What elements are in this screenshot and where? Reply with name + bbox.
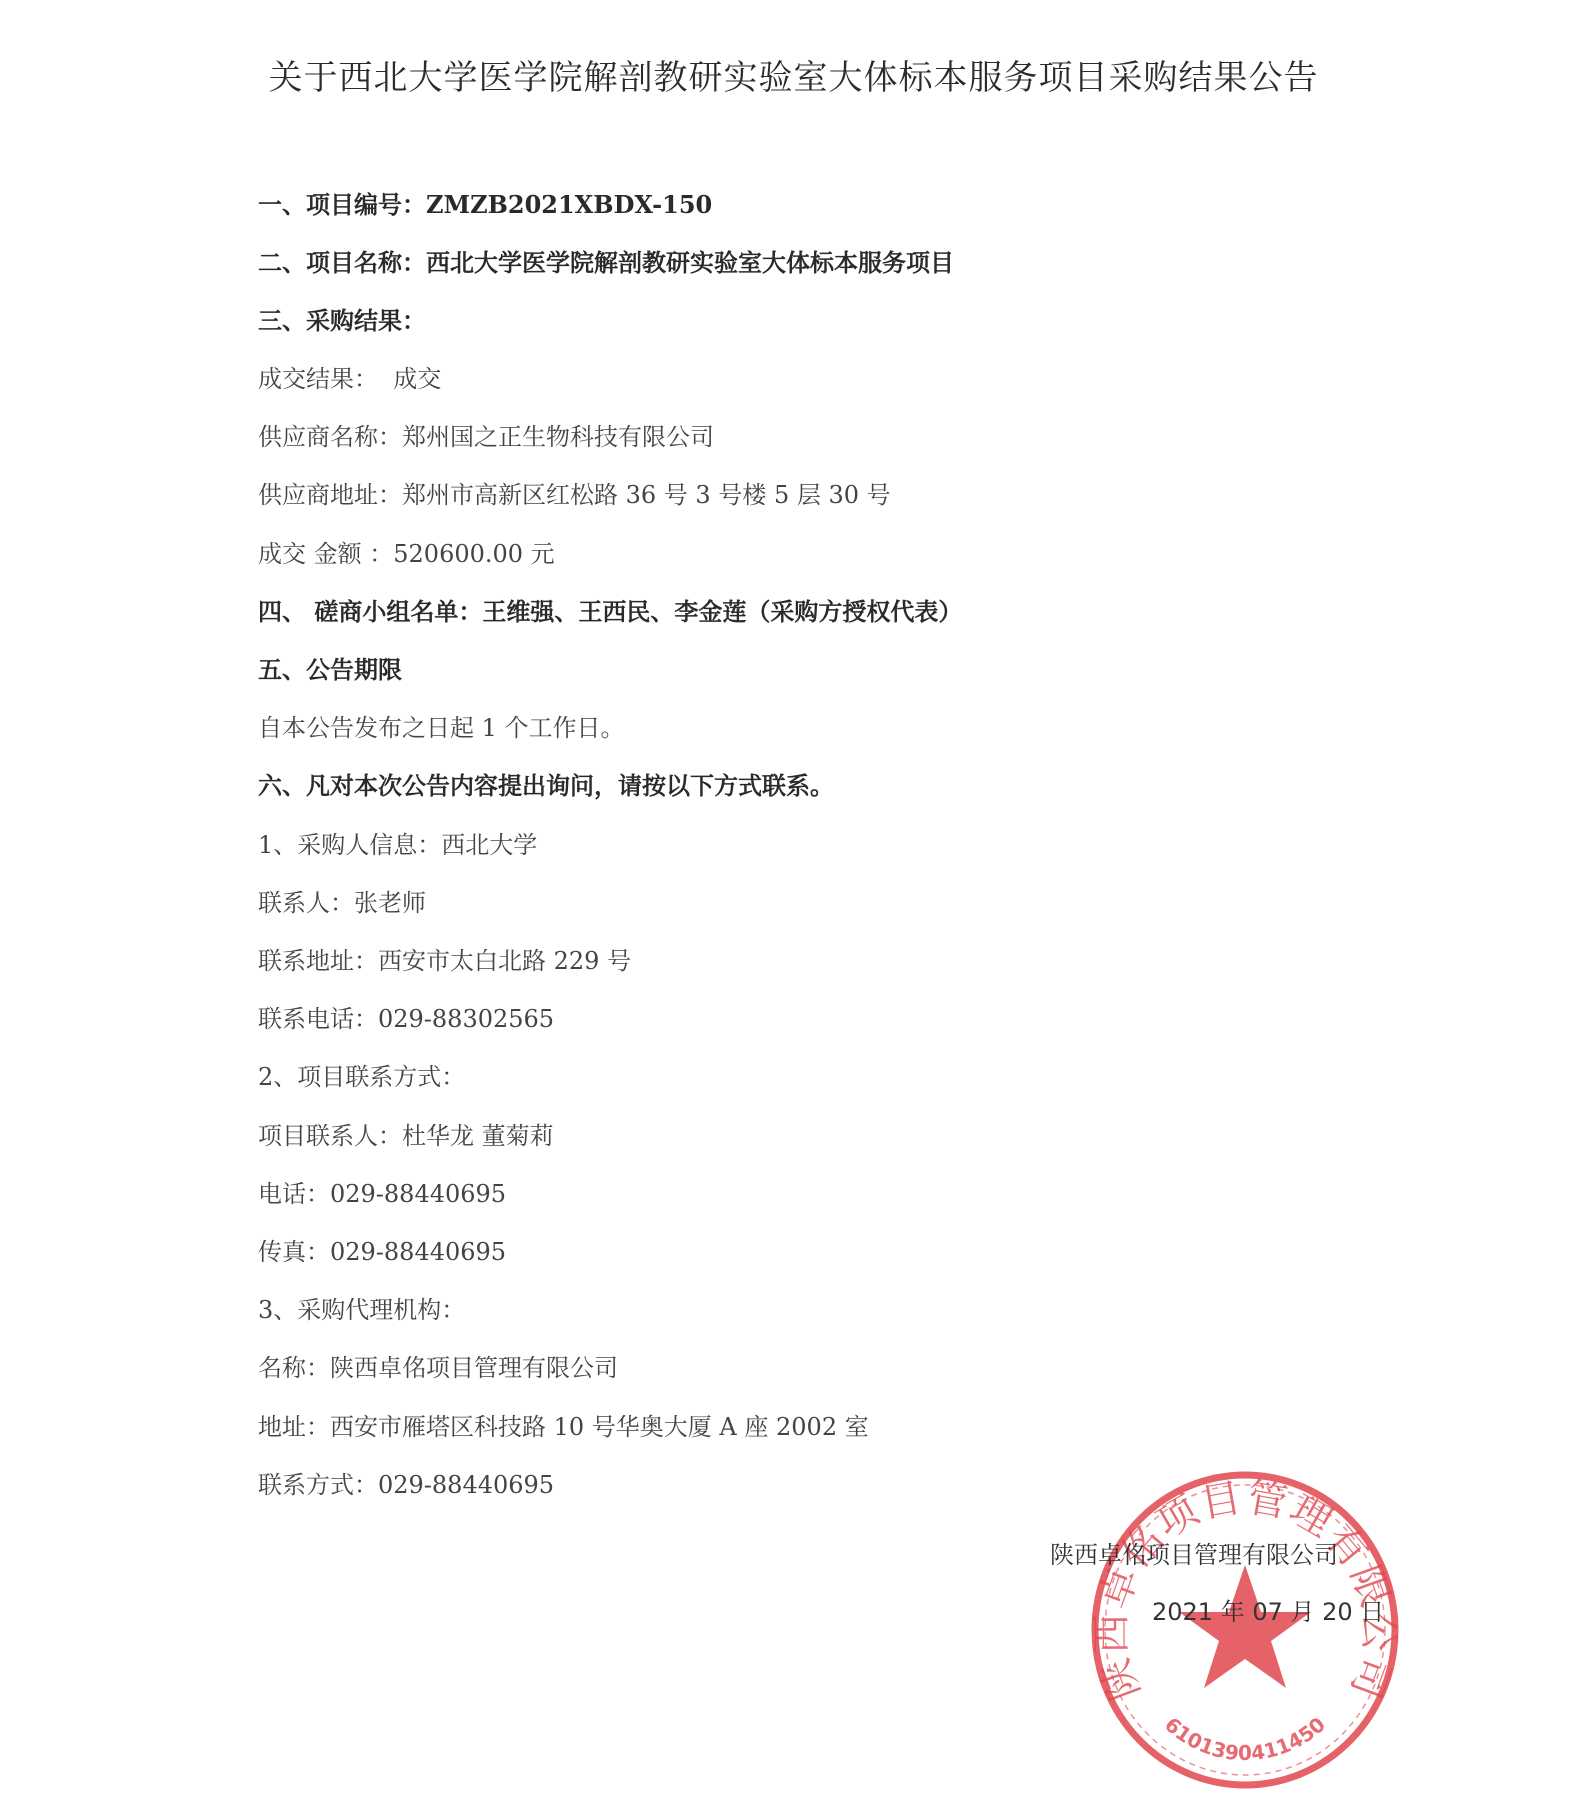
deal-result: 成交结果： 成交 [258, 364, 441, 394]
purchaser-info: 1、采购人信息：西北大学 [258, 830, 537, 860]
deal-amount: 成交 金额 ：520600.00 元 [258, 539, 555, 569]
supplier-address: 供应商地址：郑州市高新区红松路 36 号 3 号楼 5 层 30 号 [258, 480, 891, 510]
project-contact-heading: 2、项目联系方式： [258, 1062, 465, 1092]
negotiation-team: 四、 磋商小组名单：王维强、王西民、李金莲（采购方授权代表） [258, 597, 962, 627]
project-fax: 传真：029-88440695 [258, 1237, 506, 1267]
procurement-result-heading: 三、采购结果： [258, 306, 426, 336]
purchaser-phone: 联系电话：029-88302565 [258, 1004, 554, 1034]
agency-heading: 3、采购代理机构： [258, 1295, 465, 1325]
project-contacts: 项目联系人：杜华龙 董菊莉 [258, 1121, 554, 1151]
purchaser-address: 联系地址：西安市太白北路 229 号 [258, 946, 631, 976]
notice-period-heading: 五、公告期限 [258, 655, 402, 685]
project-phone: 电话：029-88440695 [258, 1179, 506, 1209]
notice-period: 自本公告发布之日起 1 个工作日。 [258, 713, 625, 743]
company-seal: 陕西卓佲项目管理有限公司 6101390411450 [1080, 1460, 1410, 1800]
agency-name: 名称：陕西卓佲项目管理有限公司 [258, 1353, 618, 1383]
project-name: 二、项目名称：西北大学医学院解剖教研实验室大体标本服务项目 [258, 248, 954, 278]
contact-heading: 六、凡对本次公告内容提出询问，请按以下方式联系。 [258, 771, 834, 801]
project-number: 一、项目编号：ZMZB2021XBDX-150 [258, 190, 712, 220]
purchaser-contact: 联系人：张老师 [258, 888, 426, 918]
supplier-name: 供应商名称：郑州国之正生物科技有限公司 [258, 422, 714, 452]
agency-address: 地址：西安市雁塔区科技路 10 号华奥大厦 A 座 2002 室 [258, 1412, 869, 1442]
signature-company: 陕西卓佲项目管理有限公司 [1050, 1535, 1338, 1570]
page-title: 关于西北大学医学院解剖教研实验室大体标本服务项目采购结果公告 [0, 50, 1587, 99]
signature-date: 2021 年 07 月 20 日 [1152, 1592, 1384, 1627]
svg-text:6101390411450: 6101390411450 [1160, 1712, 1330, 1765]
agency-contact: 联系方式：029-88440695 [258, 1470, 554, 1500]
